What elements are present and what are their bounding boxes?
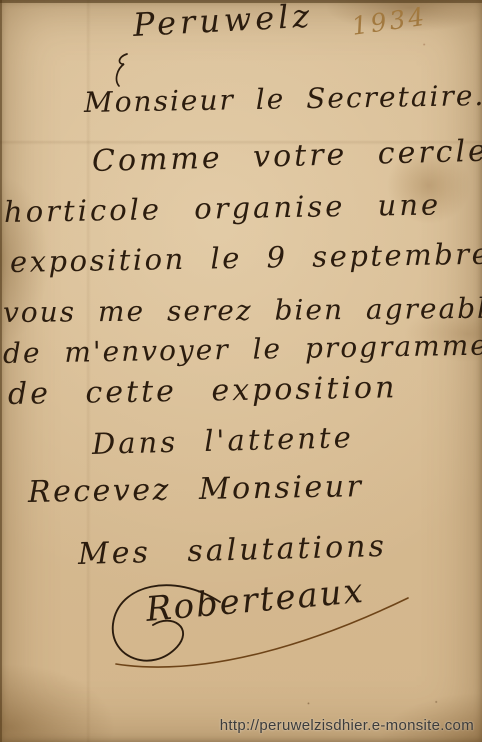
letter-body-line: Comme votre cercle <box>92 134 482 179</box>
letter-body-line: horticole organise une <box>4 187 442 229</box>
watermark-url: http://peruwelzisdhier.e-monsite.com <box>220 717 474 734</box>
letter-body-line: vous me serez bien agreable <box>3 292 482 329</box>
letter-closing-line: Recevez Monsieur <box>28 469 364 510</box>
letter-salutation: Monsieur le Secretaire. <box>84 79 482 119</box>
letter-body-line: exposition le 9 septembre <box>10 237 482 279</box>
letter-scan: Peruwelz 1934 Monsieur le Secretaire. Co… <box>0 0 482 742</box>
letter-place: Peruwelz <box>132 0 314 44</box>
signature: Roberteaux <box>102 580 422 685</box>
letter-year: 1934 <box>350 2 429 41</box>
letter-body-line: de m'envoyer le programme <box>3 329 482 370</box>
letter-body-line: de cette exposition <box>8 370 398 412</box>
letter-closing-line: Dans l'attente <box>92 420 355 461</box>
letter-closing-line: Mes salutations <box>78 529 388 572</box>
